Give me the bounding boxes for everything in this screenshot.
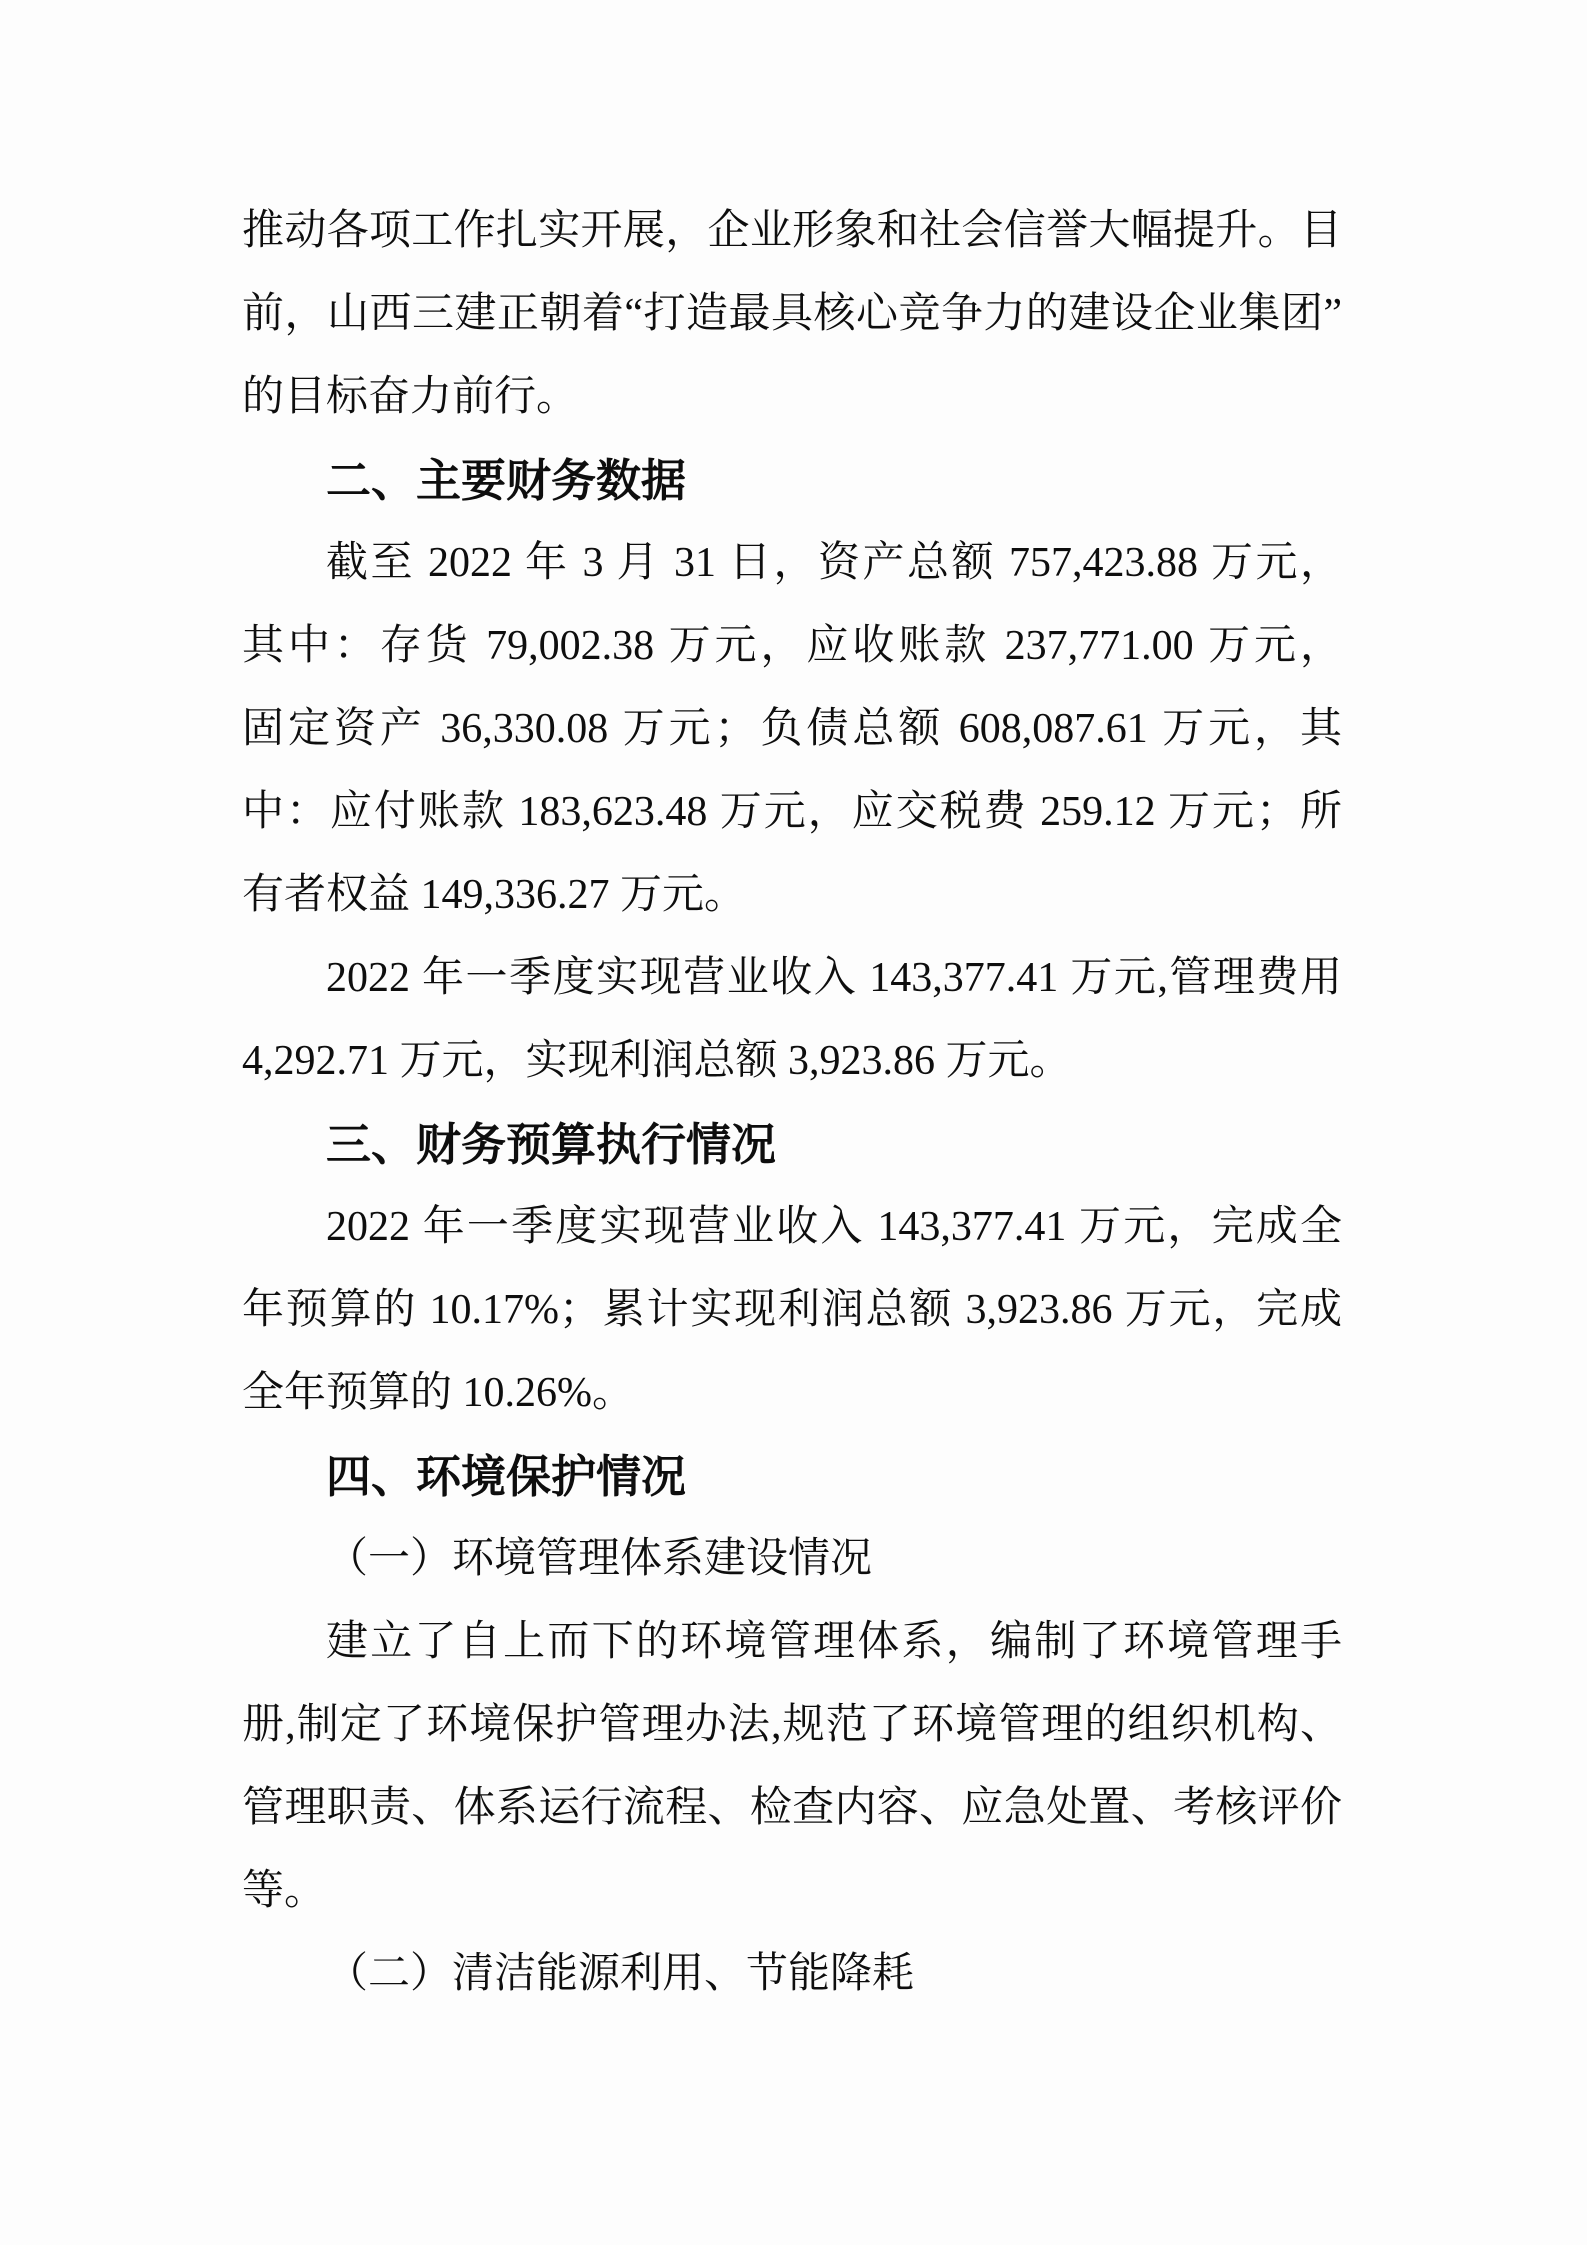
text-line: 年预算的 10.17%；累计实现利润总额 3,923.86 万元，完成 [242, 1269, 1342, 1352]
text-line: 中：应付账款 183,623.48 万元，应交税费 259.12 万元；所 [242, 771, 1342, 854]
text-line: 有者权益 149,336.27 万元。 [242, 854, 1342, 937]
section-heading: 三、财务预算执行情况 [242, 1103, 1342, 1186]
text-line: 全年预算的 10.26%。 [242, 1352, 1342, 1435]
text-line: 4,292.71 万元，实现利润总额 3,923.86 万元。 [242, 1020, 1342, 1103]
text-line: 2022 年一季度实现营业收入 143,377.41 万元,管理费用 [242, 937, 1342, 1020]
section-heading: 二、主要财务数据 [242, 439, 1342, 522]
text-line: 管理职责、体系运行流程、检查内容、应急处置、考核评价 [242, 1767, 1342, 1850]
sub-heading: （二）清洁能源利用、节能降耗 [242, 1933, 1342, 2016]
text-line: 等。 [242, 1850, 1342, 1933]
text-line: 截至 2022 年 3 月 31 日，资产总额 757,423.88 万元， [242, 522, 1342, 605]
text-line: 2022 年一季度实现营业收入 143,377.41 万元，完成全 [242, 1186, 1342, 1269]
sub-heading: （一）环境管理体系建设情况 [242, 1518, 1342, 1601]
document-body: 推动各项工作扎实开展，企业形象和社会信誉大幅提升。目前，山西三建正朝着“打造最具… [242, 190, 1342, 2016]
text-line: 册,制定了环境保护管理办法,规范了环境管理的组织机构、 [242, 1684, 1342, 1767]
document-page: 推动各项工作扎实开展，企业形象和社会信誉大幅提升。目前，山西三建正朝着“打造最具… [0, 0, 1587, 2245]
text-line: 固定资产 36,330.08 万元；负债总额 608,087.61 万元，其 [242, 688, 1342, 771]
text-line: 前，山西三建正朝着“打造最具核心竞争力的建设企业集团” [242, 273, 1342, 356]
text-line: 建立了自上而下的环境管理体系，编制了环境管理手 [242, 1601, 1342, 1684]
text-line: 推动各项工作扎实开展，企业形象和社会信誉大幅提升。目 [242, 190, 1342, 273]
text-line: 其中：存货 79,002.38 万元，应收账款 237,771.00 万元， [242, 605, 1342, 688]
text-line: 的目标奋力前行。 [242, 356, 1342, 439]
section-heading: 四、环境保护情况 [242, 1435, 1342, 1518]
